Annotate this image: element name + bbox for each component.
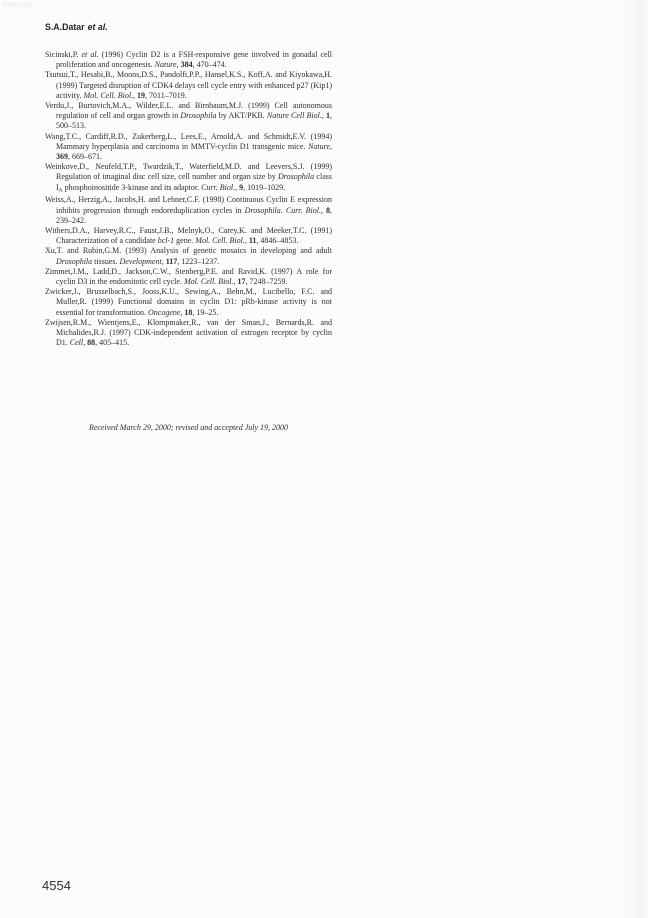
reference-item: Weiss,A., Herzig,A., Jacobs,H. and Lehne… bbox=[45, 195, 332, 226]
reference-text-segment: , 1019–1029. bbox=[243, 183, 285, 192]
reference-item: Sicinski,P. et al. (1996) Cyclin D2 is a… bbox=[45, 50, 332, 70]
reference-item: Xu,T. and Rubin,G.M. (1993) Analysis of … bbox=[45, 246, 332, 266]
received-note: Received March 29, 2000; revised and acc… bbox=[45, 423, 332, 432]
reference-item: Verdu,J., Burtovich,M.A., Wilder,E.L. an… bbox=[45, 101, 332, 132]
reference-text-segment: Cell bbox=[70, 338, 83, 347]
reference-text-segment: Mol. Cell. Biol. bbox=[83, 91, 133, 100]
reference-text-segment: Drosophila bbox=[180, 111, 216, 120]
reference-text-segment: Oncogene bbox=[148, 308, 180, 317]
reference-text-segment: Wang,T.C., Cardiff,R.D., Zukerberg,L., L… bbox=[45, 132, 332, 151]
reference-text-segment: , 19–25. bbox=[192, 308, 218, 317]
running-head: S.A.Dataret al. bbox=[45, 22, 108, 32]
reference-item: Withers,D.A., Harvey,R.C., Faust,J.B., M… bbox=[45, 226, 332, 246]
reference-text-segment: gene. bbox=[174, 236, 195, 245]
reference-text-segment: , 7248–7259. bbox=[246, 277, 288, 286]
page-number: 4554 bbox=[42, 878, 71, 893]
reference-text-segment: 17 bbox=[238, 277, 246, 286]
reference-item: Tsutsui,T., Hesabi,B., Moons,D.S., Pando… bbox=[45, 70, 332, 101]
reference-text-segment: phosphoinositide 3-kinase and its adapto… bbox=[63, 183, 201, 192]
reference-item: Weinkove,D., Neufeld,T.P., Twardzik,T., … bbox=[45, 162, 332, 195]
reference-text-segment: , 7011–7019. bbox=[145, 91, 187, 100]
reference-text-segment: 117 bbox=[166, 257, 178, 266]
reference-text-segment: , 470–474. bbox=[193, 60, 227, 69]
reference-text-segment: , bbox=[330, 142, 332, 151]
reference-text-segment: by AKT/PKB. bbox=[217, 111, 267, 120]
reference-text-segment: 88 bbox=[87, 338, 95, 347]
reference-text-segment: Sicinski,P. bbox=[45, 50, 81, 59]
reference-text-segment: Drosophila bbox=[278, 172, 314, 181]
reference-text-segment: Nature Cell Biol. bbox=[267, 111, 322, 120]
reference-text-segment: 384 bbox=[181, 60, 193, 69]
reference-text-segment: 369 bbox=[56, 152, 68, 161]
reference-text-segment: 19 bbox=[137, 91, 145, 100]
reference-text-segment: Drosophila bbox=[56, 257, 92, 266]
reference-text-segment: Mol. Cell. Biol. bbox=[195, 236, 245, 245]
reference-text-segment: Development bbox=[120, 257, 162, 266]
reference-list: Sicinski,P. et al. (1996) Cyclin D2 is a… bbox=[45, 50, 332, 348]
reference-text-segment: et al. bbox=[81, 50, 98, 59]
reference-text-segment: , 405–415. bbox=[95, 338, 129, 347]
scan-id-watermark: 00065195 bbox=[2, 3, 32, 9]
reference-item: Zwicker,J., Brusselbach,S., Jooss,K.U., … bbox=[45, 287, 332, 318]
reference-text-segment: tissues. bbox=[92, 257, 119, 266]
reference-text-segment: Curr. Biol. bbox=[201, 183, 235, 192]
reference-item: Zwijsen,R.M., Wientjens,E., Klompmaker,R… bbox=[45, 318, 332, 349]
journal-page: 00065195 S.A.Dataret al. Sicinski,P. et … bbox=[0, 0, 648, 918]
reference-item: Zimmet,J.M., Ladd,D., Jackson,C.W., Sten… bbox=[45, 267, 332, 287]
running-head-author: S.A.Datar bbox=[45, 22, 85, 32]
running-head-etal: et al. bbox=[88, 22, 108, 32]
reference-text-segment: , 669–671. bbox=[68, 152, 102, 161]
reference-text-segment: Xu,T. and Rubin,G.M. (1993) Analysis of … bbox=[45, 246, 332, 255]
reference-text-segment: , 1223–1237. bbox=[177, 257, 219, 266]
reference-text-segment: Nature bbox=[308, 142, 330, 151]
reference-text-segment: Nature bbox=[155, 60, 177, 69]
reference-text-segment: , 4846–4853. bbox=[256, 236, 298, 245]
reference-text-segment: Mol. Cell. Biol. bbox=[184, 277, 234, 286]
reference-text-segment: bcl-1 bbox=[158, 236, 174, 245]
reference-item: Wang,T.C., Cardiff,R.D., Zukerberg,L., L… bbox=[45, 132, 332, 163]
reference-text-segment: Drosophila bbox=[245, 206, 281, 215]
reference-text-segment: Curr. Biol. bbox=[286, 206, 321, 215]
